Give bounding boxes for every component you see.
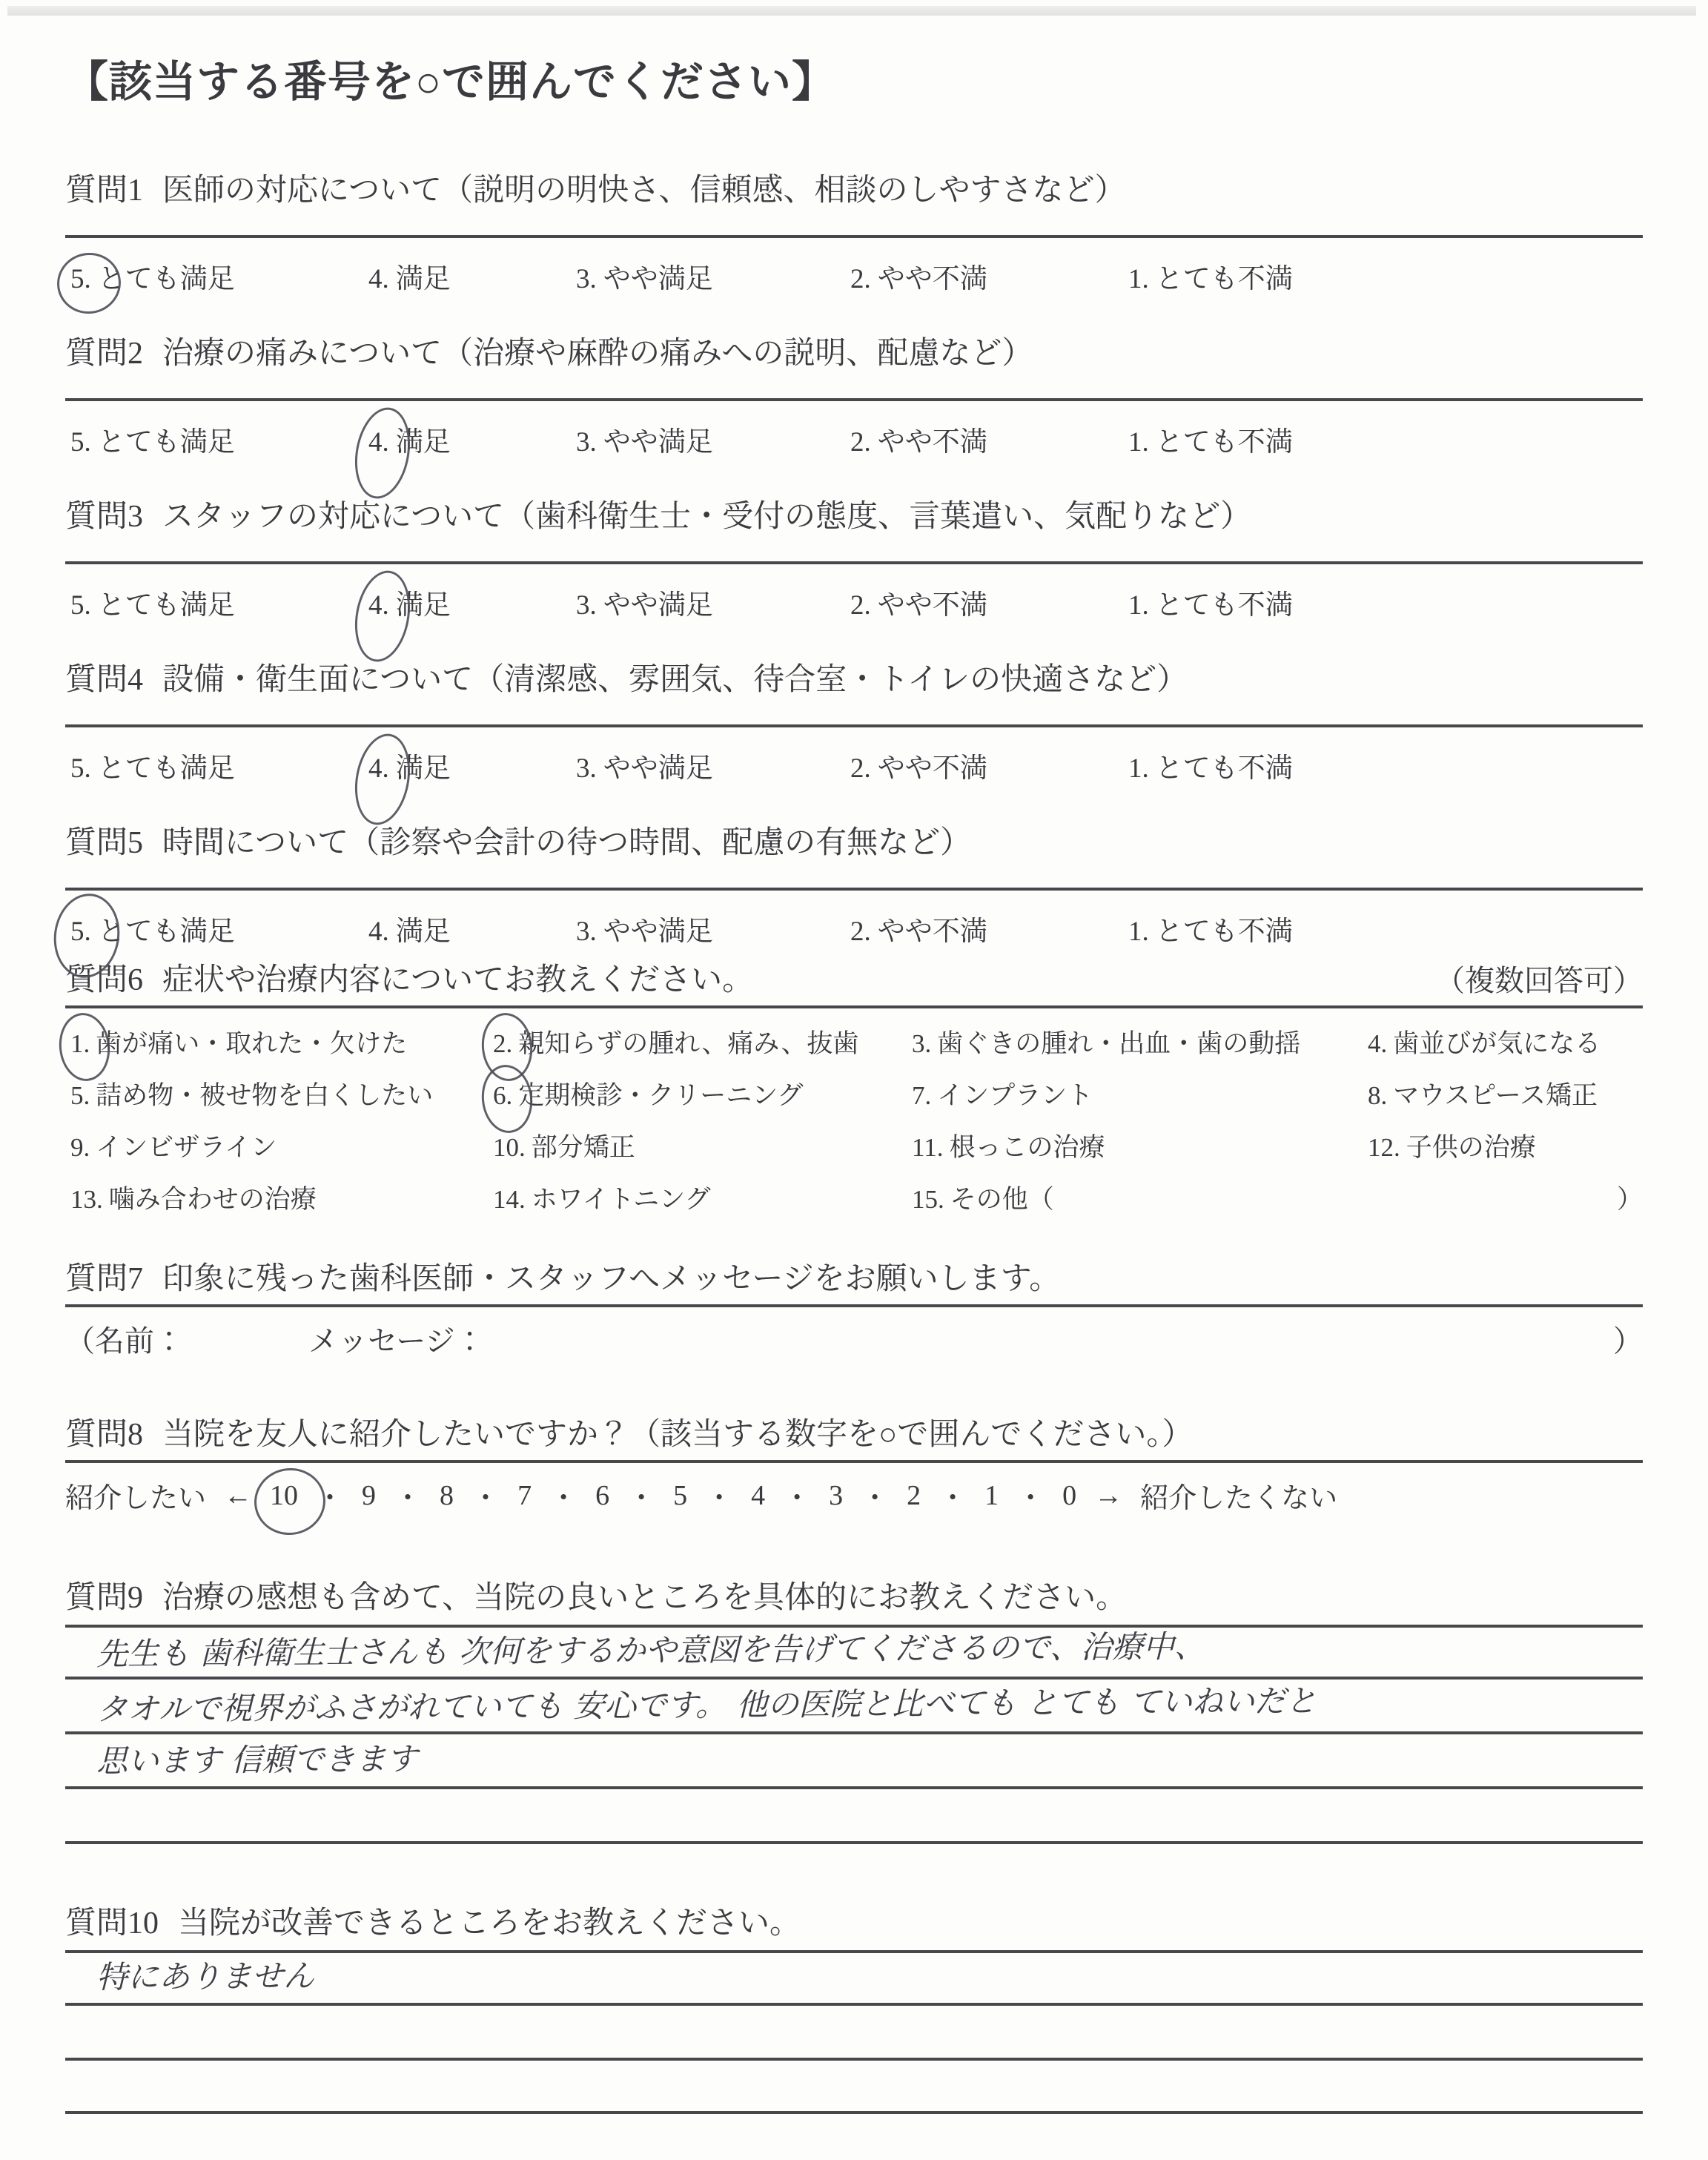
divider [65, 1005, 1643, 1008]
question-6-heading: 質問6 症状や治療内容についてお教えください。 （複数回答可） [65, 960, 1643, 1001]
option-label: とても満足 [98, 916, 235, 947]
question-label: 質問2 [65, 334, 143, 374]
question-text: 治療の痛みについて（治療や麻酔の痛みへの説明、配慮など） [162, 334, 1033, 374]
question-7: 質問7 印象に残った歯科医師・スタッフへメッセージをお願いします。 （名前： メ… [65, 1259, 1643, 1356]
divider [65, 888, 1643, 891]
option-2: 2.やや不満 [850, 256, 987, 296]
circled-answer-mark: 5. [70, 916, 91, 948]
option-label: やや不満 [878, 427, 987, 458]
answer-line-4-blank [65, 1789, 1643, 1844]
other-close-paren: ） [1617, 1179, 1643, 1216]
option-label: とても不満 [1156, 916, 1293, 947]
option-2: 2.やや不満 [850, 582, 987, 622]
option-label: やや満足 [603, 753, 713, 784]
option-label: 満足 [396, 590, 451, 621]
nps-scale-row: 紹介したい ← 10 ・ 9 ・ 8 ・ 7 ・ 6 ・ 5 ・ 4 ・ 3 ・… [65, 1475, 1643, 1516]
handwritten-text: 先生も 歯科衛生士さんも 次何をするかや意図を告げてくださるので、治療中、 [65, 1622, 1205, 1680]
option-3: 3.やや満足 [576, 256, 713, 296]
option-4: 4.満足 [368, 745, 451, 785]
circled-answer-mark: 2. [493, 1029, 512, 1059]
question-3-options: 5.とても満足 4.満足 3.やや満足 2.やや不満 1.とても不満 [65, 576, 1643, 619]
question-text: 症状や治療内容についてお教えください。 [162, 960, 753, 1001]
scale-number-1: 1 [984, 1479, 999, 1512]
option-5: 5.とても満足 [70, 419, 235, 459]
scale-number-2: 2 [907, 1479, 921, 1512]
option-3: 3.やや満足 [576, 582, 713, 622]
dot-separator: ・ [316, 1475, 344, 1516]
option-label: やや満足 [603, 427, 713, 458]
answer-line-2: タオルで視界がふさがれていても 安心です。 他の医院と比べても とても ていねい… [65, 1680, 1643, 1734]
circled-answer-mark: 4. [368, 589, 389, 621]
question-5-heading: 質問5 時間について（診察や会計の待つ時間、配慮の有無など） [65, 823, 1643, 864]
divider [65, 1304, 1643, 1307]
question-label: 質問10 [65, 1903, 159, 1944]
option-label: とても満足 [98, 753, 235, 784]
symptom-item-15-other: 15.その他（ [912, 1179, 1054, 1216]
question-8-heading: 質問8 当院を友人に紹介したいですか？（該当する数字を○で囲んでください。） [65, 1415, 1643, 1456]
option-1: 1.とても不満 [1128, 256, 1293, 296]
question-text: 時間について（診察や会計の待つ時間、配慮の有無など） [162, 823, 971, 864]
option-label: 満足 [396, 753, 451, 784]
question-text: 設備・衛生面について（清潔感、雰囲気、待合室・トイレの快適さなど） [162, 660, 1188, 701]
symptom-row-2: 5.詰め物・被せ物を白くしたい 6.定期検診・クリーニング 7.インプラント 8… [65, 1071, 1643, 1112]
symptom-row-1: 1.歯が痛い・取れた・欠けた 2.親知らずの腫れ、痛み、抜歯 3.歯ぐきの腫れ・… [65, 1019, 1643, 1060]
question-5: 質問5 時間について（診察や会計の待つ時間、配慮の有無など） 5.とても満足 4… [65, 823, 1643, 945]
dot-separator: ・ [939, 1475, 967, 1516]
answer-line-1: 先生も 歯科衛生士さんも 次何をするかや意図を告げてくださるので、治療中、 [65, 1628, 1643, 1680]
option-label: やや不満 [878, 916, 987, 947]
option-label: とても不満 [1156, 427, 1293, 458]
symptom-item-14: 14.ホワイトニング [493, 1179, 711, 1216]
answer-line-4-blank [65, 2114, 1643, 2160]
scale-number-8: 8 [440, 1479, 454, 1512]
option-4: 4.満足 [368, 582, 451, 622]
scale-right-label: 紹介したくない [1140, 1475, 1337, 1516]
symptom-item-4: 4.歯並びが気になる [1368, 1023, 1601, 1060]
question-6: 質問6 症状や治療内容についてお教えください。 （複数回答可） 1.歯が痛い・取… [65, 960, 1643, 1216]
question-5-options: 5.とても満足 4.満足 3.やや満足 2.やや不満 1.とても不満 [65, 902, 1643, 945]
circled-answer-mark: 5. [70, 263, 91, 295]
option-label: とても満足 [98, 264, 235, 294]
question-label: 質問7 [65, 1259, 143, 1300]
handwritten-text: タオルで視界がふさがれていても 安心です。 他の医院と比べても とても ていねい… [65, 1677, 1317, 1736]
scanned-survey-page: 【該当する番号を○で囲んでください】 質問1 医師の対応について（説明の明快さ、… [0, 0, 1708, 2160]
dot-separator: ・ [627, 1475, 655, 1516]
option-3: 3.やや満足 [576, 908, 713, 948]
scale-number-5: 5 [673, 1479, 687, 1512]
question-4-options: 5.とても満足 4.満足 3.やや満足 2.やや不満 1.とても不満 [65, 739, 1643, 782]
option-label: とても不満 [1156, 264, 1293, 294]
question-10-heading: 質問10 当院が改善できるところをお教えください。 [65, 1903, 1643, 1944]
dot-separator: ・ [471, 1475, 500, 1516]
symptom-item-13: 13.噛み合わせの治療 [70, 1179, 317, 1216]
close-paren: ） [1613, 1318, 1643, 1360]
question-label: 質問5 [65, 823, 143, 864]
option-1: 1.とても不満 [1128, 745, 1293, 785]
option-4: 4.満足 [368, 419, 451, 459]
symptom-item-7: 7.インプラント [912, 1075, 1093, 1112]
option-4: 4.満足 [368, 908, 451, 948]
message-field-label: メッセージ： [308, 1318, 485, 1360]
question-label: 質問8 [65, 1415, 143, 1456]
question-3-heading: 質問3 スタッフの対応について（歯科衛生士・受付の態度、言葉遣い、気配りなど） [65, 497, 1643, 538]
question-9: 質問9 治療の感想も含めて、当院の良いところを具体的にお教えください。 先生も … [65, 1578, 1643, 1844]
question-10: 質問10 当院が改善できるところをお教えください。 特にありません [65, 1903, 1643, 2160]
question-9-heading: 質問9 治療の感想も含めて、当院の良いところを具体的にお教えください。 [65, 1578, 1643, 1619]
symptom-item-12: 12.子供の治療 [1368, 1127, 1536, 1164]
option-label: とても満足 [98, 427, 235, 458]
symptom-item-9: 9.インビザライン [70, 1127, 277, 1164]
dot-separator: ・ [861, 1475, 889, 1516]
symptom-item-8: 8.マウスピース矯正 [1368, 1075, 1598, 1112]
option-label: やや満足 [603, 916, 713, 947]
option-label: 満足 [396, 916, 451, 947]
divider [65, 724, 1643, 727]
message-entry-row: （名前： メッセージ： ） [65, 1318, 1643, 1356]
question-text: 当院を友人に紹介したいですか？（該当する数字を○で囲んでください。） [162, 1415, 1193, 1456]
answer-line-1: 特にありません [65, 1953, 1643, 2006]
question-text: 印象に残った歯科医師・スタッフへメッセージをお願いします。 [162, 1259, 1060, 1300]
option-label: 満足 [396, 427, 451, 458]
option-1: 1.とても不満 [1128, 908, 1293, 948]
symptom-item-1: 1.歯が痛い・取れた・欠けた [70, 1023, 407, 1060]
page-title: 【該当する番号を○で囲んでください】 [65, 58, 1643, 108]
option-label: やや満足 [603, 264, 713, 294]
option-label: やや満足 [603, 590, 713, 621]
question-2: 質問2 治療の痛みについて（治療や麻酔の痛みへの説明、配慮など） 5.とても満足… [65, 334, 1643, 456]
divider [65, 1460, 1643, 1463]
option-2: 2.やや不満 [850, 908, 987, 948]
question-1-heading: 質問1 医師の対応について（説明の明快さ、信頼感、相談のしやすさなど） [65, 171, 1643, 211]
answer-line-2-blank [65, 2006, 1643, 2061]
right-arrow-icon: → [1094, 1479, 1122, 1512]
divider [65, 398, 1643, 401]
symptom-item-3: 3.歯ぐきの腫れ・出血・歯の動揺 [912, 1023, 1300, 1060]
dot-separator: ・ [705, 1475, 733, 1516]
option-label: やや不満 [878, 753, 987, 784]
symptom-item-10: 10.部分矯正 [493, 1127, 635, 1164]
option-1: 1.とても不満 [1128, 419, 1293, 459]
option-label: やや不満 [878, 264, 987, 294]
name-field-label: （名前： [65, 1318, 184, 1360]
divider [65, 561, 1643, 564]
question-text: 医師の対応について（説明の明快さ、信頼感、相談のしやすさなど） [162, 171, 1125, 211]
scan-edge-band [7, 6, 1696, 16]
option-3: 3.やや満足 [576, 745, 713, 785]
handwritten-text: 特にありません [65, 1952, 314, 2004]
option-5: 5.とても満足 [70, 908, 235, 948]
symptom-item-5: 5.詰め物・被せ物を白くしたい [70, 1075, 433, 1112]
option-label: とても満足 [98, 590, 235, 621]
option-2: 2.やや不満 [850, 745, 987, 785]
question-2-options: 5.とても満足 4.満足 3.やや満足 2.やや不満 1.とても不満 [65, 413, 1643, 456]
question-1: 質問1 医師の対応について（説明の明快さ、信頼感、相談のしやすさなど） 5.とて… [65, 171, 1643, 293]
dot-separator: ・ [783, 1475, 811, 1516]
option-4: 4.満足 [368, 256, 451, 296]
scale-left-label: 紹介したい [65, 1475, 206, 1516]
scale-number-4: 4 [751, 1479, 765, 1512]
dot-separator: ・ [394, 1475, 422, 1516]
option-1: 1.とても不満 [1128, 582, 1293, 622]
scale-number-6: 6 [595, 1479, 609, 1512]
option-3: 3.やや満足 [576, 419, 713, 459]
multi-answer-note: （複数回答可） [1435, 960, 1643, 1001]
question-text: 当院が改善できるところをお教えください。 [178, 1903, 801, 1944]
scale-number-0: 0 [1062, 1479, 1076, 1512]
dot-separator: ・ [1016, 1475, 1045, 1516]
question-text: 治療の感想も含めて、当院の良いところを具体的にお教えください。 [162, 1578, 1127, 1619]
option-5: 5.とても満足 [70, 745, 235, 785]
left-arrow-icon: ← [224, 1479, 252, 1512]
question-1-options: 5.とても満足 4.満足 3.やや満足 2.やや不満 1.とても不満 [65, 250, 1643, 293]
question-text: スタッフの対応について（歯科衛生士・受付の態度、言葉遣い、気配りなど） [162, 497, 1251, 538]
question-4-heading: 質問4 設備・衛生面について（清潔感、雰囲気、待合室・トイレの快適さなど） [65, 660, 1643, 701]
answer-line-3: 思います 信頼できます [65, 1734, 1643, 1789]
option-5: 5.とても満足 [70, 256, 235, 296]
question-3: 質問3 スタッフの対応について（歯科衛生士・受付の態度、言葉遣い、気配りなど） … [65, 497, 1643, 619]
question-2-heading: 質問2 治療の痛みについて（治療や麻酔の痛みへの説明、配慮など） [65, 334, 1643, 374]
circled-answer-mark: 10 [270, 1479, 298, 1512]
dot-separator: ・ [549, 1475, 577, 1516]
question-label: 質問6 [65, 960, 143, 1001]
option-label: とても不満 [1156, 753, 1293, 784]
circled-answer-mark: 1. [70, 1029, 90, 1059]
scale-number-7: 7 [517, 1479, 532, 1512]
question-label: 質問4 [65, 660, 143, 701]
option-label: とても不満 [1156, 590, 1293, 621]
symptom-row-4: 13.噛み合わせの治療 14.ホワイトニング 15.その他（ ） [65, 1175, 1643, 1216]
symptom-item-2: 2.親知らずの腫れ、痛み、抜歯 [493, 1023, 858, 1060]
option-2: 2.やや不満 [850, 419, 987, 459]
handwritten-text: 思います 信頼できます [65, 1734, 418, 1787]
circled-answer-mark: 4. [368, 426, 389, 458]
question-label: 質問1 [65, 171, 143, 211]
option-label: やや不満 [878, 590, 987, 621]
symptom-row-3: 9.インビザライン 10.部分矯正 11.根っこの治療 12.子供の治療 [65, 1123, 1643, 1164]
question-label: 質問3 [65, 497, 143, 538]
circled-answer-mark: 4. [368, 753, 389, 785]
option-label: 満足 [396, 264, 451, 294]
scale-number-9: 9 [362, 1479, 376, 1512]
circled-answer-mark: 6. [493, 1081, 512, 1111]
symptom-item-6: 6.定期検診・クリーニング [493, 1075, 804, 1112]
question-label: 質問9 [65, 1578, 143, 1619]
heading-spacer [772, 960, 1416, 1001]
symptom-item-11: 11.根っこの治療 [912, 1127, 1105, 1164]
scale-number-3: 3 [829, 1479, 843, 1512]
divider [65, 235, 1643, 238]
question-4: 質問4 設備・衛生面について（清潔感、雰囲気、待合室・トイレの快適さなど） 5.… [65, 660, 1643, 782]
question-7-heading: 質問7 印象に残った歯科医師・スタッフへメッセージをお願いします。 [65, 1259, 1643, 1300]
option-5: 5.とても満足 [70, 582, 235, 622]
answer-line-3-blank [65, 2061, 1643, 2114]
question-8: 質問8 当院を友人に紹介したいですか？（該当する数字を○で囲んでください。） 紹… [65, 1415, 1643, 1516]
